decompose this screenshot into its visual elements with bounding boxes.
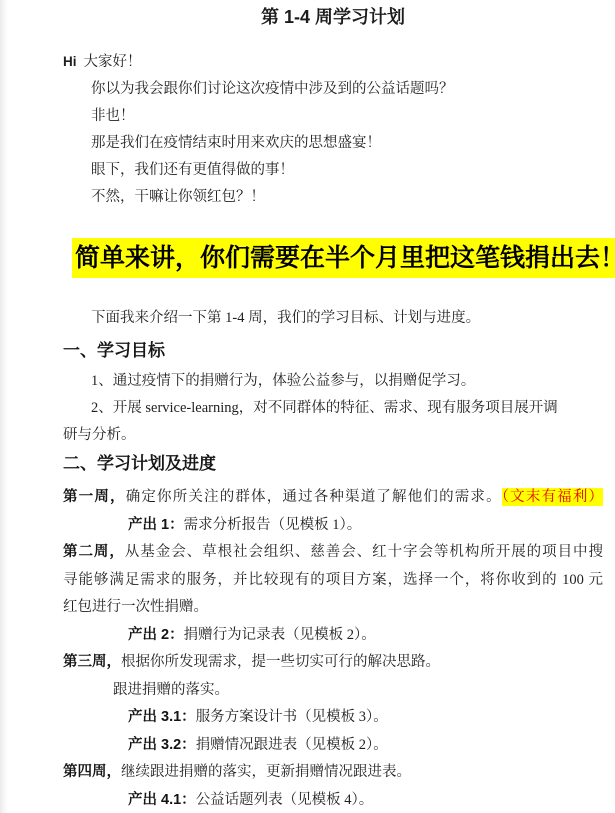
- week3-text: 根据你所发现需求，提一些切实可行的解决思路。: [121, 654, 440, 670]
- greeting-text: 大家好！: [84, 54, 142, 70]
- output-2-text: 捐赠行为记录表（见模板 2）。: [184, 627, 376, 643]
- output-3-2-text: 捐赠情况跟进表（见模板 2）。: [196, 737, 388, 753]
- week2-text-line3: 红包进行一次性捐赠。: [63, 599, 208, 615]
- week3-output-2: 产出 3.2：捐赠情况跟进表（见模板 2）。: [63, 732, 603, 760]
- section1-heading: 一、学习目标: [63, 339, 603, 363]
- week1-line: 第一周，确定你所关注的群体，通过各种渠道了解他们的需求。（文末有福利）: [63, 484, 603, 512]
- document-content: 第 1-4 周学习计划 Hi大家好！ 你以为我会跟你们讨论这次疫情中涉及到的公益…: [63, 0, 603, 813]
- greeting-prefix: Hi: [63, 54, 77, 69]
- week3-line: 第三周，根据你所发现需求，提一些切实可行的解决思路。: [63, 649, 603, 677]
- week3-label: 第三周，: [63, 654, 121, 670]
- week3-output-1: 产出 3.1：服务方案设计书（见模板 3）。: [63, 704, 603, 732]
- week2-text-line2: 寻能够满足需求的服务，并比较现有的项目方案，选择一个，将你收到的 100 元: [63, 572, 603, 588]
- week4-line: 第四周，继续跟进捐赠的落实，更新捐赠情况跟进表。: [63, 759, 603, 787]
- week3-continuation: 跟进捐赠的落实。: [63, 677, 603, 705]
- week2-line-2: 寻能够满足需求的服务，并比较现有的项目方案，选择一个，将你收到的 100 元: [63, 567, 603, 595]
- goal-item-2-line1: 2、开展 service-learning，对不同群体的特征、需求、现有服务项目…: [63, 395, 603, 422]
- output-3-1-text: 服务方案设计书（见模板 3）。: [196, 709, 388, 725]
- intro-line-2: 非也！: [63, 103, 603, 130]
- week1-output-1: 产出 1：需求分析报告（见模板 1）。: [63, 512, 603, 540]
- bonus-note-highlight: （文末有福利）: [502, 488, 603, 506]
- week4-text: 继续跟进捐赠的落实，更新捐赠情况跟进表。: [121, 764, 411, 780]
- highlight-banner-row: 简单来讲，你们需要在半个月里把这笔钱捐出去！: [63, 238, 603, 278]
- output-4-1-label: 产出 4.1：: [128, 792, 196, 808]
- goal-item-2-line2: 研与分析。: [63, 422, 603, 449]
- week1-text: 确定你所关注的群体，通过各种渠道了解他们的需求。: [126, 489, 502, 505]
- week2-label: 第二周，: [63, 544, 125, 560]
- goal-item-1: 1、通过疫情下的捐赠行为，体验公益参与，以捐赠促学习。: [63, 368, 603, 395]
- week4-output-1: 产出 4.1：公益话题列表（见模板 4）。: [63, 787, 603, 813]
- week2-line-1: 第二周，从基金会、草根社会组织、慈善会、红十字会等机构所开展的项目中搜: [63, 539, 603, 567]
- greeting-line: Hi大家好！: [63, 48, 603, 76]
- output-1-text: 需求分析报告（见模板 1）。: [184, 517, 362, 533]
- highlight-banner: 简单来讲，你们需要在半个月里把这笔钱捐出去！: [72, 238, 615, 278]
- output-1-label: 产出 1：: [128, 517, 184, 533]
- output-3-2-label: 产出 3.2：: [128, 737, 196, 753]
- intro-paragraphs: 你以为我会跟你们讨论这次疫情中涉及到的公益话题吗？ 非也！ 那是我们在疫情结束时…: [63, 76, 603, 211]
- week2-text-line1: 从基金会、草根社会组织、慈善会、红十字会等机构所开展的项目中搜: [125, 544, 603, 560]
- output-4-1-text: 公益话题列表（见模板 4）。: [196, 792, 374, 808]
- week4-label: 第四周，: [63, 764, 121, 780]
- week2-output-1: 产出 2：捐赠行为记录表（见模板 2）。: [63, 622, 603, 650]
- output-2-label: 产出 2：: [128, 627, 184, 643]
- section2-heading: 二、学习计划及进度: [63, 452, 603, 476]
- week1-label: 第一周，: [63, 489, 126, 505]
- section1-items: 1、通过疫情下的捐赠行为，体验公益参与，以捐赠促学习。 2、开展 service…: [63, 368, 603, 449]
- output-3-1-label: 产出 3.1：: [128, 709, 196, 725]
- weekly-plan-list: 第一周，确定你所关注的群体，通过各种渠道了解他们的需求。（文末有福利） 产出 1…: [63, 484, 603, 813]
- document-title: 第 1-4 周学习计划: [63, 4, 603, 30]
- intro-line-5: 不然，干嘛让你领红包？！: [63, 184, 603, 211]
- document-page: 第 1-4 周学习计划 Hi大家好！ 你以为我会跟你们讨论这次疫情中涉及到的公益…: [0, 0, 615, 813]
- intro-line-3: 那是我们在疫情结束时用来欢庆的思想盛宴！: [63, 130, 603, 157]
- lead-in-line: 下面我来介绍一下第 1-4 周，我们的学习目标、计划与进度。: [63, 305, 603, 332]
- intro-line-1: 你以为我会跟你们讨论这次疫情中涉及到的公益话题吗？: [63, 76, 603, 103]
- week2-line-3: 红包进行一次性捐赠。: [63, 594, 603, 622]
- intro-line-4: 眼下，我们还有更值得做的事！: [63, 157, 603, 184]
